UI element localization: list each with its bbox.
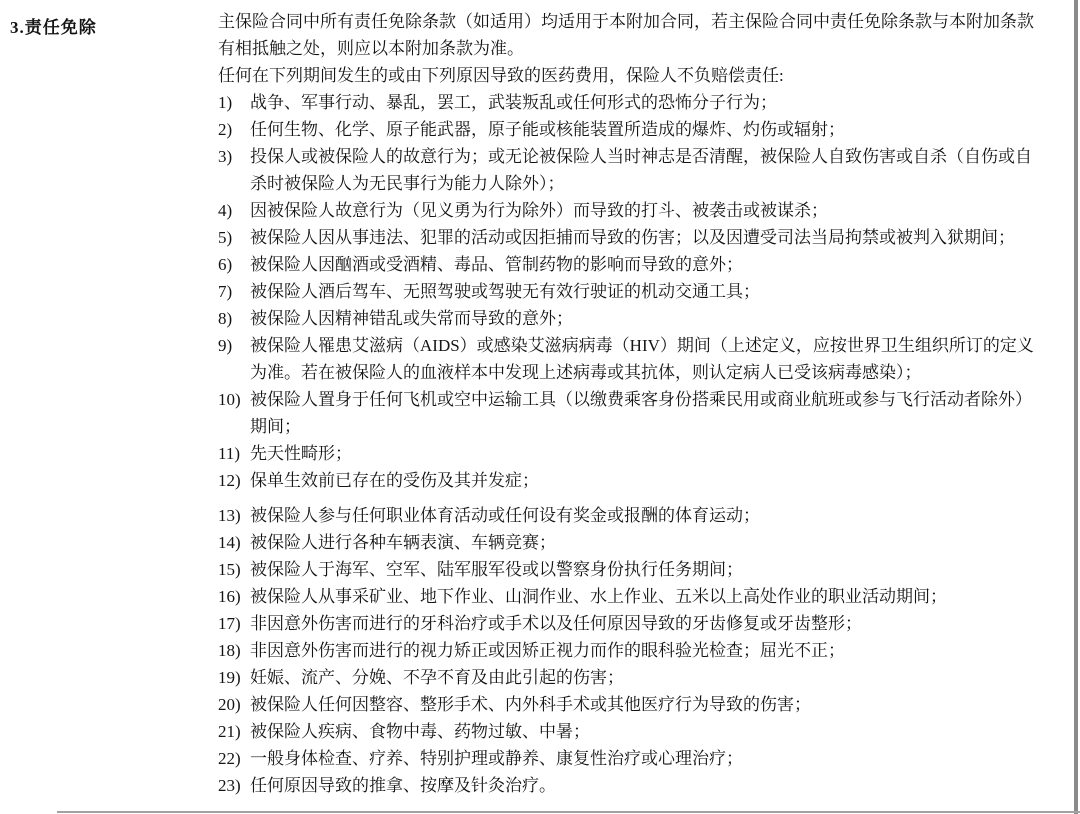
clause-body: 主保险合同中所有责任免除条款（如适用）均适用于本附加合同，若主保险合同中责任免除… <box>218 8 1046 799</box>
exclusion-item-number: 11) <box>218 440 250 467</box>
exclusion-item-text: 被保险人罹患艾滋病（AIDS）或感染艾滋病病毒（HIV）期间（上述定义，应按世界… <box>250 332 1046 386</box>
exclusion-item-number: 21) <box>218 718 250 745</box>
exclusion-item-number: 5) <box>218 224 250 251</box>
exclusion-item-number: 2) <box>218 116 250 143</box>
exclusion-item-text: 任何生物、化学、原子能武器，原子能或核能装置所造成的爆炸、灼伤或辐射； <box>250 116 1046 143</box>
exclusion-item: 18) 非因意外伤害而进行的视力矫正或因矫正视力而作的眼科验光检查；屈光不正； <box>218 637 1046 664</box>
vertical-scrollbar[interactable] <box>1074 0 1078 814</box>
clause-paragraph-2: 任何在下列期间发生的或由下列原因导致的医药费用，保险人不负赔偿责任: <box>218 62 1046 89</box>
exclusion-item-number: 6) <box>218 251 250 278</box>
exclusion-item: 3) 投保人或被保险人的故意行为；或无论被保险人当时神志是否清醒，被保险人自致伤… <box>218 143 1046 197</box>
exclusion-item-text: 被保险人因酗酒或受酒精、毒品、管制药物的影响而导致的意外； <box>250 251 1046 278</box>
exclusion-item: 21) 被保险人疾病、食物中毒、药物过敏、中暑； <box>218 718 1046 745</box>
exclusion-item-text: 投保人或被保险人的故意行为；或无论被保险人当时神志是否清醒，被保险人自致伤害或自… <box>250 143 1046 197</box>
exclusion-item: 10) 被保险人置身于任何飞机或空中运输工具（以缴费乘客身份搭乘民用或商业航班或… <box>218 386 1046 440</box>
exclusion-item: 9) 被保险人罹患艾滋病（AIDS）或感染艾滋病病毒（HIV）期间（上述定义，应… <box>218 332 1046 386</box>
exclusion-item: 2) 任何生物、化学、原子能武器，原子能或核能装置所造成的爆炸、灼伤或辐射； <box>218 116 1046 143</box>
exclusion-item: 1) 战争、军事行动、暴乱，罢工，武装叛乱或任何形式的恐怖分子行为； <box>218 89 1046 116</box>
exclusion-list: 1) 战争、军事行动、暴乱，罢工，武装叛乱或任何形式的恐怖分子行为； 2) 任何… <box>218 89 1046 799</box>
exclusion-item: 13) 被保险人参与任何职业体育活动或任何设有奖金或报酬的体育运动； <box>218 502 1046 529</box>
clause-paragraph-1: 主保险合同中所有责任免除条款（如适用）均适用于本附加合同，若主保险合同中责任免除… <box>218 8 1046 62</box>
exclusion-item-number: 8) <box>218 305 250 332</box>
exclusion-item-number: 1) <box>218 89 250 116</box>
exclusion-item-text: 被保险人因精神错乱或失常而导致的意外； <box>250 305 1046 332</box>
exclusion-item-number: 12) <box>218 467 250 494</box>
exclusion-item-text: 被保险人因从事违法、犯罪的活动或因拒捕而导致的伤害；以及因遭受司法当局拘禁或被判… <box>250 224 1046 251</box>
exclusion-item: 8) 被保险人因精神错乱或失常而导致的意外； <box>218 305 1046 332</box>
exclusion-item-number: 15) <box>218 556 250 583</box>
exclusion-item-number: 17) <box>218 610 250 637</box>
exclusion-item: 19) 妊娠、流产、分娩、不孕不育及由此引起的伤害； <box>218 664 1046 691</box>
page-bottom-border <box>57 811 1080 813</box>
exclusion-item-text: 非因意外伤害而进行的牙科治疗或手术以及任何原因导致的牙齿修复或牙齿整形； <box>250 610 1046 637</box>
exclusion-item-number: 19) <box>218 664 250 691</box>
exclusion-item: 17) 非因意外伤害而进行的牙科治疗或手术以及任何原因导致的牙齿修复或牙齿整形； <box>218 610 1046 637</box>
exclusion-item-text: 被保险人参与任何职业体育活动或任何设有奖金或报酬的体育运动； <box>250 502 1046 529</box>
exclusion-item: 14) 被保险人进行各种车辆表演、车辆竞赛； <box>218 529 1046 556</box>
exclusion-item-number: 18) <box>218 637 250 664</box>
exclusion-item: 20) 被保险人任何因整容、整形手术、内外科手术或其他医疗行为导致的伤害； <box>218 691 1046 718</box>
exclusion-item-number: 3) <box>218 143 250 197</box>
exclusion-item-number: 22) <box>218 745 250 772</box>
exclusion-item: 7) 被保险人酒后驾车、无照驾驶或驾驶无有效行驶证的机动交通工具； <box>218 278 1046 305</box>
exclusion-item-text: 被保险人酒后驾车、无照驾驶或驾驶无有效行驶证的机动交通工具； <box>250 278 1046 305</box>
exclusion-item-text: 一般身体检查、疗养、特别护理或静养、康复性治疗或心理治疗； <box>250 745 1046 772</box>
exclusion-item-text: 被保险人任何因整容、整形手术、内外科手术或其他医疗行为导致的伤害； <box>250 691 1046 718</box>
exclusion-item-number: 13) <box>218 502 250 529</box>
exclusion-item-text: 被保险人进行各种车辆表演、车辆竞赛； <box>250 529 1046 556</box>
exclusion-item-text: 保单生效前已存在的受伤及其并发症； <box>250 467 1046 494</box>
exclusion-item: 12) 保单生效前已存在的受伤及其并发症； <box>218 467 1046 494</box>
exclusion-item: 15) 被保险人于海军、空军、陆军服军役或以警察身份执行任务期间； <box>218 556 1046 583</box>
exclusion-item-text: 战争、军事行动、暴乱，罢工，武装叛乱或任何形式的恐怖分子行为； <box>250 89 1046 116</box>
exclusion-item: 6) 被保险人因酗酒或受酒精、毒品、管制药物的影响而导致的意外； <box>218 251 1046 278</box>
document-page: 3.责任免除 主保险合同中所有责任免除条款（如适用）均适用于本附加合同，若主保险… <box>0 0 1080 814</box>
exclusion-item-number: 7) <box>218 278 250 305</box>
exclusion-item-number: 10) <box>218 386 250 440</box>
exclusion-item: 5) 被保险人因从事违法、犯罪的活动或因拒捕而导致的伤害；以及因遭受司法当局拘禁… <box>218 224 1046 251</box>
exclusion-item: 4) 因被保险人故意行为（见义勇为行为除外）而导致的打斗、被袭击或被谋杀； <box>218 197 1046 224</box>
exclusion-item-text: 被保险人置身于任何飞机或空中运输工具（以缴费乘客身份搭乘民用或商业航班或参与飞行… <box>250 386 1046 440</box>
exclusion-item: 16) 被保险人从事采矿业、地下作业、山洞作业、水上作业、五米以上高处作业的职业… <box>218 583 1046 610</box>
exclusion-item-text: 先天性畸形； <box>250 440 1046 467</box>
exclusion-item-number: 16) <box>218 583 250 610</box>
exclusion-item: 22) 一般身体检查、疗养、特别护理或静养、康复性治疗或心理治疗； <box>218 745 1046 772</box>
exclusion-item-number: 20) <box>218 691 250 718</box>
exclusion-item-text: 因被保险人故意行为（见义勇为行为除外）而导致的打斗、被袭击或被谋杀； <box>250 197 1046 224</box>
exclusion-item-text: 被保险人疾病、食物中毒、药物过敏、中暑； <box>250 718 1046 745</box>
exclusion-item-text: 妊娠、流产、分娩、不孕不育及由此引起的伤害； <box>250 664 1046 691</box>
section-heading: 3.责任免除 <box>10 13 97 38</box>
exclusion-item-number: 14) <box>218 529 250 556</box>
exclusion-item-number: 4) <box>218 197 250 224</box>
exclusion-item-text: 非因意外伤害而进行的视力矫正或因矫正视力而作的眼科验光检查；屈光不正； <box>250 637 1046 664</box>
exclusion-item-number: 9) <box>218 332 250 386</box>
exclusion-item: 23) 任何原因导致的推拿、按摩及针灸治疗。 <box>218 772 1046 799</box>
exclusion-item-text: 被保险人于海军、空军、陆军服军役或以警察身份执行任务期间； <box>250 556 1046 583</box>
exclusion-item: 11) 先天性畸形； <box>218 440 1046 467</box>
exclusion-item-text: 被保险人从事采矿业、地下作业、山洞作业、水上作业、五米以上高处作业的职业活动期间… <box>250 583 1046 610</box>
exclusion-item-text: 任何原因导致的推拿、按摩及针灸治疗。 <box>250 772 1046 799</box>
exclusion-item-number: 23) <box>218 772 250 799</box>
